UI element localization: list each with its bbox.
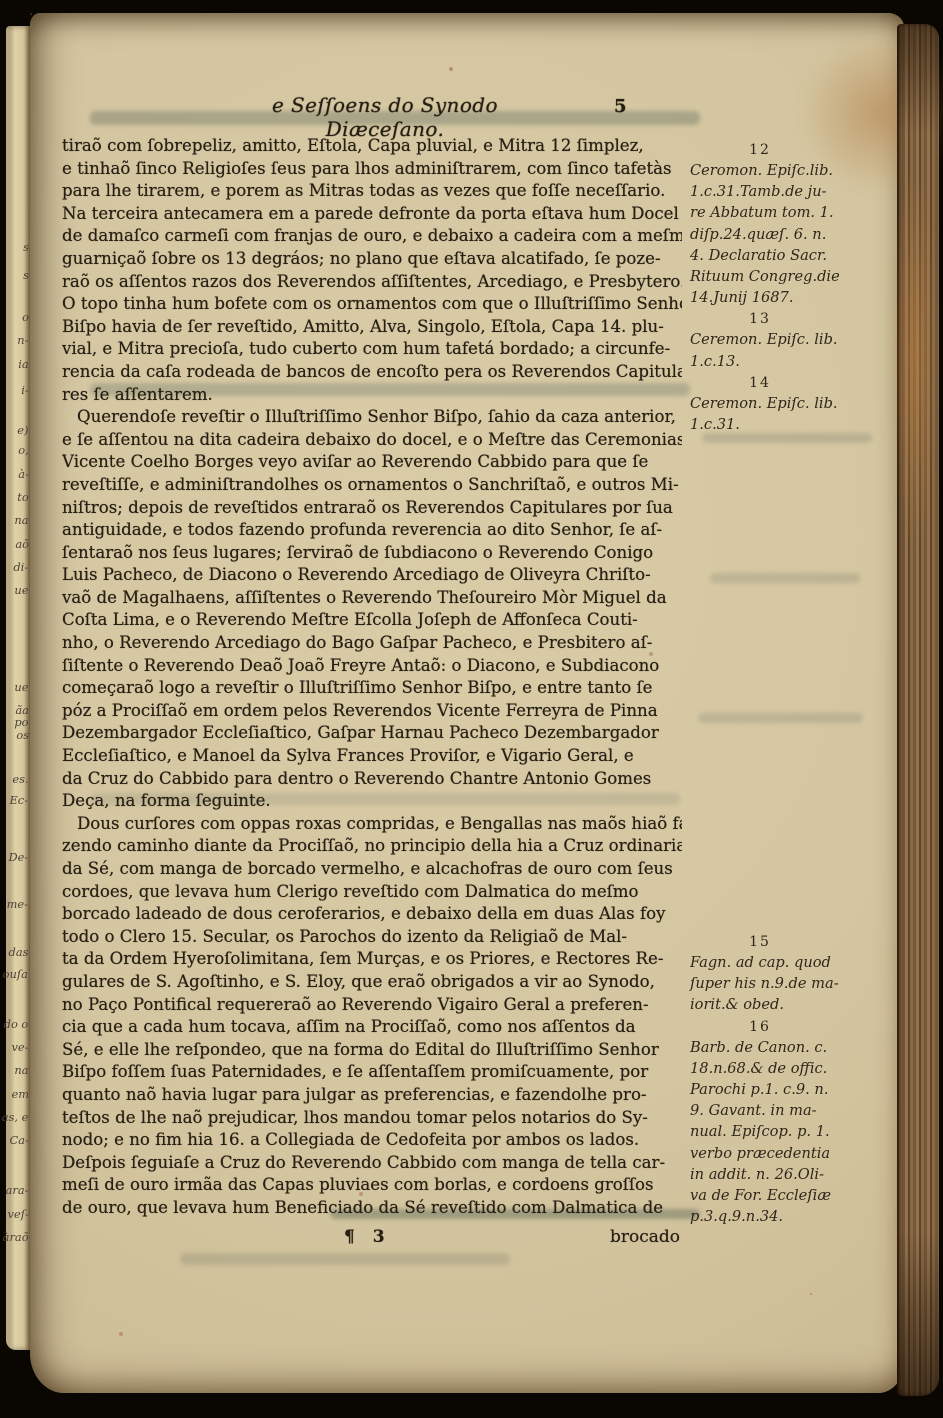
body-line: da Cruz do Cabbido para dentro o Reveren… xyxy=(62,768,682,791)
body-line: e tinhaõ ſinco Religioſes ſeus para lhos… xyxy=(62,158,682,181)
body-line: Na terceira antecamera em a parede defro… xyxy=(62,203,682,226)
gutter-text-fragment: ve- xyxy=(12,1040,29,1053)
body-text-column: tiraõ com ſobrepeliz, amitto, Eſtola, Ca… xyxy=(62,135,682,1220)
body-line: de ouro, que levava hum Beneficiado da S… xyxy=(62,1197,682,1220)
catchword: brocado xyxy=(610,1227,680,1247)
margin-notes-lower: 15Fagn. ad cap. quodſuper his n.9.de ma-… xyxy=(690,931,902,1227)
margin-note-line: 9. Gavant. in ma- xyxy=(690,1100,902,1121)
margin-note-line: in addit. n. 26.Oli- xyxy=(690,1164,902,1185)
margin-note-line: 14.Junij 1687. xyxy=(690,287,902,308)
body-line: Dezembargador Eccleſiaſtico, Gaſpar Harn… xyxy=(62,722,682,745)
body-line: nho, o Reverendo Arcediago do Bago Gaſpa… xyxy=(62,632,682,655)
margin-note-line: Barb. de Canon. c. xyxy=(690,1037,902,1058)
body-line: Biſpo havia de ſer reveſtido, Amitto, Al… xyxy=(62,316,682,339)
bleedthrough-smudge xyxy=(698,713,863,723)
gutter-text-fragment: to xyxy=(17,490,28,503)
gutter-text-fragment: àraõ xyxy=(2,1230,28,1243)
body-line: Deça, na forma ſeguinte. xyxy=(62,790,682,813)
body-line: Biſpo foſſem ſuas Paternidades, e ſe aſſ… xyxy=(62,1061,682,1084)
body-line: vaõ de Magalhaens, aſſiſtentes o Reveren… xyxy=(62,587,682,610)
body-line: de damaſco carmeſi com franjas de ouro, … xyxy=(62,225,682,248)
gutter-text-fragment: ouſa xyxy=(3,967,28,980)
body-line: ta da Ordem Hyeroſolimitana, ſem Murças,… xyxy=(62,948,682,971)
body-line: nodo; e no fim hia 16. a Collegiada de C… xyxy=(62,1129,682,1152)
gutter-text-fragment: aõ xyxy=(15,537,29,550)
gutter-text-fragment: os xyxy=(16,728,29,741)
body-line: Deſpois ſeguiaſe a Cruz do Reverendo Cab… xyxy=(62,1152,682,1175)
gutter-text-fragment: ue xyxy=(15,583,29,596)
gutter-text-fragment: as, e xyxy=(2,1110,29,1123)
gutter-text-fragment: i- xyxy=(21,383,29,396)
gutter-text-fragment: di- xyxy=(14,560,29,573)
margin-note-line: verbo præcedentia xyxy=(690,1143,902,1164)
margin-note-line: Rituum Congreg.die xyxy=(690,266,902,287)
signature-mark: ¶ 3 xyxy=(344,1227,391,1247)
book-page: e Seſſoens do Synodo Diæceſano. 5 tiraõ … xyxy=(30,13,904,1393)
body-line: Eccleſiaſtico, e Manoel da Sylva Frances… xyxy=(62,745,682,768)
margin-note-number: 16 xyxy=(690,1018,830,1037)
body-line: zendo caminho diante da Prociſſaõ, no pr… xyxy=(62,835,682,858)
gutter-text-fragment: o xyxy=(22,310,29,323)
margin-note-line: 1.c.31. xyxy=(690,414,902,435)
margin-note-line: Ceremon. Epiſc. lib. xyxy=(690,329,902,350)
margin-note-line: diſp.24.quæſ. 6. n. xyxy=(690,224,902,245)
margin-notes-upper: 12Ceromon. Epiſc.lib.1.c.31.Tamb.de ju-r… xyxy=(690,139,902,435)
gutter-text-fragment: o, xyxy=(18,443,28,456)
body-line: guarniçaõ ſobre os 13 degráos; no plano … xyxy=(62,248,682,271)
body-line: todo o Clero 15. Secular, os Parochos do… xyxy=(62,926,682,949)
body-line: reveſtiſſe, e adminiſtrandolhes os ornam… xyxy=(62,474,682,497)
margin-note-line: Ceromon. Epiſc.lib. xyxy=(690,160,902,181)
body-line: da Sé, com manga de borcado vermelho, e … xyxy=(62,858,682,881)
bleedthrough-smudge xyxy=(710,573,860,583)
catchline: ¶ 3 brocado xyxy=(62,1227,682,1253)
body-line: póz a Prociſſaõ em ordem pelos Reverendo… xyxy=(62,700,682,723)
fore-edge-stain xyxy=(890,150,940,670)
margin-note-line: 1.c.31.Tamb.de ju- xyxy=(690,181,902,202)
body-line: para lhe tirarem, e porem as Mitras toda… xyxy=(62,180,682,203)
margin-note-number: 12 xyxy=(690,141,830,160)
body-line: vial, e Mitra precioſa, tudo cuberto com… xyxy=(62,338,682,361)
body-line: niſtros; depois de reveſtidos entraraõ o… xyxy=(62,497,682,520)
body-line: rencia da caſa rodeada de bancos de enco… xyxy=(62,361,682,384)
body-line: Sé, e elle lhe reſpondeo, que na forma d… xyxy=(62,1039,682,1062)
gutter-text-fragment: à- xyxy=(18,467,29,480)
gutter-text-fragment: De- xyxy=(9,850,29,863)
body-line: tiraõ com ſobrepeliz, amitto, Eſtola, Ca… xyxy=(62,135,682,158)
page-number: 5 xyxy=(614,96,627,117)
gutter-text-fragment: veſ- xyxy=(7,1207,28,1220)
gutter-text-fragment: es. xyxy=(12,772,28,785)
book-scan: { "document": { "running_title": "e Seſſ… xyxy=(0,0,943,1418)
gutter-text-fragment: s xyxy=(23,240,29,253)
margin-note-line: Ceremon. Epiſc. lib. xyxy=(690,393,902,414)
gutter-text-fragment: das xyxy=(9,945,29,958)
body-line: começaraõ logo a reveſtir o Illuſtriſſim… xyxy=(62,677,682,700)
body-line: cia que a cada hum tocava, aſſim na Proc… xyxy=(62,1016,682,1039)
margin-note-line: Parochi p.1. c.9. n. xyxy=(690,1079,902,1100)
body-line: cordoes, que levava hum Clerigo reveſtid… xyxy=(62,881,682,904)
body-line: raõ os aſſentos razos dos Reverendos aſſ… xyxy=(62,271,682,294)
margin-note-line: Fagn. ad cap. quod xyxy=(690,952,902,973)
margin-note-line: 4. Declaratio Sacr. xyxy=(690,245,902,266)
body-line: borcado ladeado de dous ceroferarios, e … xyxy=(62,903,682,926)
margin-note-number: 14 xyxy=(690,374,830,393)
body-line: e ſe aſſentou na dita cadeira debaixo do… xyxy=(62,429,682,452)
gutter-text-fragment: na xyxy=(14,1063,28,1076)
body-line: res ſe aſſentarem. xyxy=(62,384,682,407)
gutter-text-fragment: n- xyxy=(17,333,28,346)
gutter-text-fragment: na xyxy=(14,513,28,526)
gutter-text-fragment: em xyxy=(11,1087,29,1100)
body-line: no Paço Pontifical requereraõ ao Reveren… xyxy=(62,994,682,1017)
body-line: teſtos de lhe naõ prejudicar, lhos mando… xyxy=(62,1107,682,1130)
margin-note-line: va de For. Eccleſiæ xyxy=(690,1185,902,1206)
margin-note-line: re Abbatum tom. 1. xyxy=(690,202,902,223)
gutter-text-fragment: ia xyxy=(18,357,28,370)
page-header: e Seſſoens do Synodo Diæceſano. 5 xyxy=(62,93,682,123)
ink-specks xyxy=(30,13,32,15)
margin-note-line: ſuper his n.9.de ma- xyxy=(690,973,902,994)
body-line: Dous curſores com oppas roxas compridas,… xyxy=(62,813,682,836)
gutter-text-fragment: me- xyxy=(7,897,28,910)
margin-note-line: iorit.& obed. xyxy=(690,994,902,1015)
margin-note-line: 1.c.13. xyxy=(690,351,902,372)
margin-note-line: p.3.q.9.n.34. xyxy=(690,1206,902,1227)
body-line: meſi de ouro irmãa das Capas pluviaes co… xyxy=(62,1174,682,1197)
body-line: Luis Pacheco, de Diacono o Reverendo Arc… xyxy=(62,564,682,587)
body-line: ſentaraõ nos ſeus lugares; ſerviraõ de ſ… xyxy=(62,542,682,565)
body-line: antiguidade, e todos fazendo profunda re… xyxy=(62,519,682,542)
margin-note-number: 15 xyxy=(690,933,830,952)
gutter-text-fragment: Ca- xyxy=(9,1133,28,1146)
body-line: Querendoſe reveſtir o Illuſtriſſimo Senh… xyxy=(62,406,682,429)
gutter-text-fragment: po xyxy=(14,715,28,728)
margin-note-line: 18.n.68.& de offic. xyxy=(690,1058,902,1079)
body-line: Vicente Coelho Borges veyo aviſar ao Rev… xyxy=(62,451,682,474)
body-line: Coſta Lima, e o Reverendo Meſtre Eſcolla… xyxy=(62,609,682,632)
body-line: quanto naõ havia lugar para julgar as pr… xyxy=(62,1084,682,1107)
gutter-text-fragment: s xyxy=(23,268,29,281)
margin-note-line: nual. Epiſcop. p. 1. xyxy=(690,1121,902,1142)
body-line: ſiſtente o Reverendo Deaõ Joaõ Freyre An… xyxy=(62,655,682,678)
running-title: e Seſſoens do Synodo Diæceſano. xyxy=(220,93,550,141)
body-line: gulares de S. Agoſtinho, e S. Eloy, que … xyxy=(62,971,682,994)
gutter-text-fragment: ue xyxy=(15,680,29,693)
bleedthrough-smudge xyxy=(180,1253,510,1265)
gutter-text-fragment: do o xyxy=(4,1017,29,1030)
gutter-text-fragment: ara- xyxy=(5,1183,28,1196)
margin-note-number: 13 xyxy=(690,310,830,329)
gutter-text-fragment: e) xyxy=(17,423,28,436)
body-line: O topo tinha hum bofete com os ornamento… xyxy=(62,293,682,316)
facing-page-edge: sson-iai-e)o,à-tonaaõdi-ueueãapooses.Ec-… xyxy=(6,26,32,1350)
gutter-text-fragment: Ec- xyxy=(10,793,29,806)
